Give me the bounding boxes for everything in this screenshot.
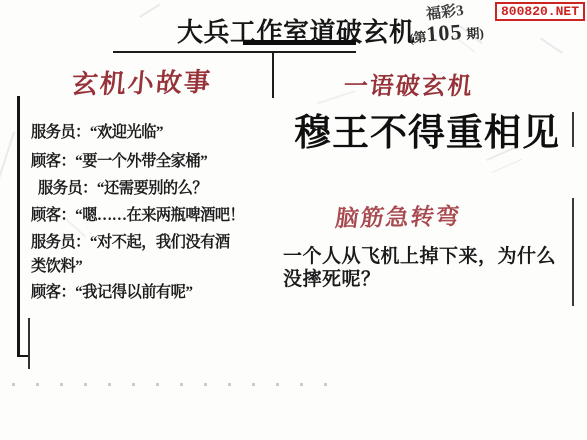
section-title-phrase: 一语破玄机 <box>342 66 476 101</box>
section-title-teaser: 脑筋急转弯 <box>334 198 463 233</box>
mystery-phrase: 穆王不得重相见 <box>294 102 560 156</box>
section-title-story: 玄机小故事 <box>70 62 213 101</box>
issue-prefix: (第 <box>409 29 427 45</box>
story-line: 服务员：“对不起，我们没有酒 <box>31 229 230 252</box>
lottery-tabloid-scan: 大兵工作室道破玄机 福彩3 (第105 期) 800820.NET 玄机小故事 … <box>0 0 587 440</box>
story-line: 顾客：“要一个外带全家桶” <box>31 148 207 171</box>
right-frame-line-upper <box>572 112 574 147</box>
left-frame-stub <box>28 318 30 369</box>
column-divider <box>272 52 274 98</box>
scan-artifact <box>0 132 26 203</box>
story-line: 类饮料” <box>31 253 82 276</box>
site-url-badge[interactable]: 800820.NET <box>495 2 585 21</box>
header-rule <box>113 51 356 53</box>
scan-dots-row <box>12 383 332 386</box>
teaser-line: 没摔死呢？ <box>283 264 381 291</box>
title-underline <box>243 40 356 45</box>
story-line: 服务员：“还需要别的么？ <box>38 175 207 198</box>
story-line: 服务员：“欢迎光临” <box>31 119 163 142</box>
scan-artifact <box>535 38 563 62</box>
story-line: 顾客：“我记得以前有呢” <box>31 279 193 302</box>
right-frame-line-lower <box>572 198 574 306</box>
scan-artifact <box>139 3 165 24</box>
